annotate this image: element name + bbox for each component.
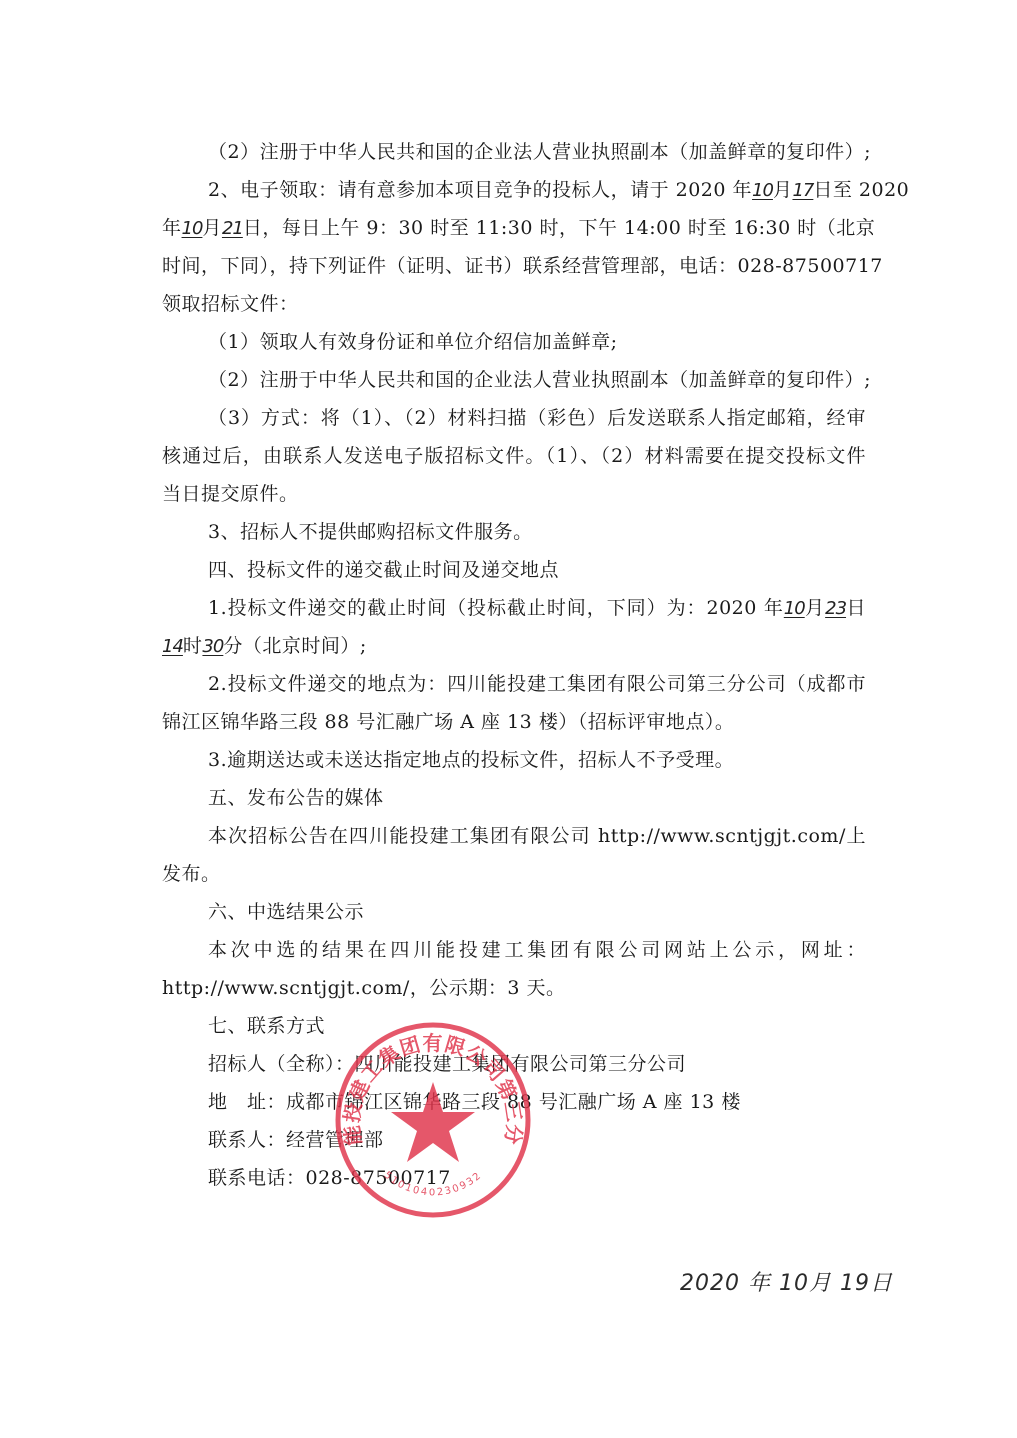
line-text: 联系人：经营管理部 (208, 1129, 384, 1151)
text-line: 联系电话：028-87500717 (162, 1159, 866, 1197)
line-text: 时 (183, 635, 203, 657)
line-text: 锦江区锦华路三段 88 号汇融广场 A 座 13 楼）（招标评审地点）。 (162, 711, 734, 733)
text-line: 年10月21日，每日上午 9：30 时至 11:30 时，下午 14:00 时至… (162, 209, 866, 247)
line-text: http://www.scntjgjt.com/，公示期：3 天。 (162, 977, 565, 999)
text-line: 3.逾期送达或未送达指定地点的投标文件，招标人不予受理。 (162, 741, 866, 779)
text-line: 当日提交原件。 (162, 475, 866, 513)
line-text: 年 (162, 217, 182, 239)
text-line: （3）方式：将（1）、（2）材料扫描（彩色）后发送联系人指定邮箱，经审 (162, 399, 866, 437)
line-text: 当日提交原件。 (162, 483, 299, 505)
text-line: 核通过后，由联系人发送电子版招标文件。（1）、（2）材料需要在提交投标文件 (162, 437, 866, 475)
line-text: 招标人（全称）：四川能投建工集团有限公司第三分公司 (208, 1053, 686, 1075)
line-text: 日 (846, 597, 866, 619)
text-line: （2）注册于中华人民共和国的企业法人营业执照副本（加盖鲜章的复印件）; (162, 133, 866, 171)
text-line: 2.投标文件递交的地点为：四川能投建工集团有限公司第三分公司（成都市 (162, 665, 866, 703)
line-text: 月 (202, 217, 222, 239)
line-text: 时间，下同），持下列证件（证明、证书）联系经营管理部，电话：028-875007… (162, 255, 883, 277)
text-line: 本次招标公告在四川能投建工集团有限公司 http://www.scntjgjt.… (162, 817, 866, 855)
text-line: （1）领取人有效身份证和单位介绍信加盖鲜章; (162, 323, 866, 361)
line-text: 2.投标文件递交的地点为：四川能投建工集团有限公司第三分公司（成都市 (208, 673, 866, 695)
line-text: 日至 2020 (813, 179, 909, 201)
text-line: 1.投标文件递交的截止时间（投标截止时间，下同）为：2020 年10月23日 (162, 589, 866, 627)
line-text: 核通过后，由联系人发送电子版招标文件。（1）、（2）材料需要在提交投标文件 (162, 445, 866, 467)
line-text: （2）注册于中华人民共和国的企业法人营业执照副本（加盖鲜章的复印件）; (208, 141, 871, 163)
text-line: 锦江区锦华路三段 88 号汇融广场 A 座 13 楼）（招标评审地点）。 (162, 703, 866, 741)
line-text: （1）领取人有效身份证和单位介绍信加盖鲜章; (208, 331, 618, 353)
text-line: 2、电子领取：请有意参加本项目竞争的投标人，请于 2020 年10月17日至 2… (162, 171, 866, 209)
line-text: 本次中选的结果在四川能投建工集团有限公司网站上公示，网址： (208, 939, 866, 961)
handwritten-entry: 10 (182, 218, 203, 239)
line-text: 3.逾期送达或未送达指定地点的投标文件，招标人不予受理。 (208, 749, 734, 771)
line-text: 本次招标公告在四川能投建工集团有限公司 http://www.scntjgjt.… (208, 825, 866, 847)
line-text: 2、电子领取：请有意参加本项目竞争的投标人，请于 2020 年 (208, 179, 752, 201)
line-text: 联系电话：028-87500717 (208, 1167, 451, 1189)
text-line: 本次中选的结果在四川能投建工集团有限公司网站上公示，网址： (162, 931, 866, 969)
text-line: 地 址：成都市锦江区锦华路三段 88 号汇融广场 A 座 13 楼 (162, 1083, 866, 1121)
text-line: （2）注册于中华人民共和国的企业法人营业执照副本（加盖鲜章的复印件）; (162, 361, 866, 399)
line-text: 七、联系方式 (208, 1015, 325, 1037)
text-line: 领取招标文件： (162, 285, 866, 323)
line-text: （2）注册于中华人民共和国的企业法人营业执照副本（加盖鲜章的复印件）; (208, 369, 871, 391)
line-text: （3）方式：将（1）、（2）材料扫描（彩色）后发送联系人指定邮箱，经审 (208, 407, 866, 429)
handwritten-entry: 30 (202, 636, 223, 657)
line-text: 3、招标人不提供邮购招标文件服务。 (208, 521, 533, 543)
signature-date: 2020 年 10月 19日 (680, 1266, 893, 1297)
text-line: 联系人：经营管理部 (162, 1121, 866, 1159)
line-text: 四、投标文件的递交截止时间及递交地点 (208, 559, 559, 581)
handwritten-entry: 23 (825, 598, 846, 619)
handwritten-entry: 14 (162, 636, 183, 657)
line-text: 日，每日上午 9：30 时至 11:30 时，下午 14:00 时至 16:30… (243, 217, 875, 239)
line-text: 分（北京时间）; (223, 635, 366, 657)
line-text: 月 (805, 597, 825, 619)
handwritten-entry: 10 (752, 180, 773, 201)
text-line: 五、发布公告的媒体 (162, 779, 866, 817)
text-line: 七、联系方式 (162, 1007, 866, 1045)
text-line: 四、投标文件的递交截止时间及递交地点 (162, 551, 866, 589)
handwritten-entry: 10 (784, 598, 805, 619)
line-text: 地 址：成都市锦江区锦华路三段 88 号汇融广场 A 座 13 楼 (208, 1091, 741, 1113)
text-line: 时间，下同），持下列证件（证明、证书）联系经营管理部，电话：028-875007… (162, 247, 866, 285)
line-text: 六、中选结果公示 (208, 901, 364, 923)
line-text: 领取招标文件： (162, 293, 299, 315)
line-text: 1.投标文件递交的截止时间（投标截止时间，下同）为：2020 年 (208, 597, 784, 619)
text-line: http://www.scntjgjt.com/，公示期：3 天。 (162, 969, 866, 1007)
line-text: 月 (773, 179, 793, 201)
text-line: 六、中选结果公示 (162, 893, 866, 931)
text-line: 3、招标人不提供邮购招标文件服务。 (162, 513, 866, 551)
handwritten-entry: 21 (222, 218, 243, 239)
document-page: （2）注册于中华人民共和国的企业法人营业执照副本（加盖鲜章的复印件）;2、电子领… (0, 0, 1017, 1438)
handwritten-entry: 17 (792, 180, 813, 201)
text-line: 14时30分（北京时间）; (162, 627, 866, 665)
line-text: 发布。 (162, 863, 221, 885)
text-line: 招标人（全称）：四川能投建工集团有限公司第三分公司 (162, 1045, 866, 1083)
line-text: 五、发布公告的媒体 (208, 787, 384, 809)
text-line: 发布。 (162, 855, 866, 893)
